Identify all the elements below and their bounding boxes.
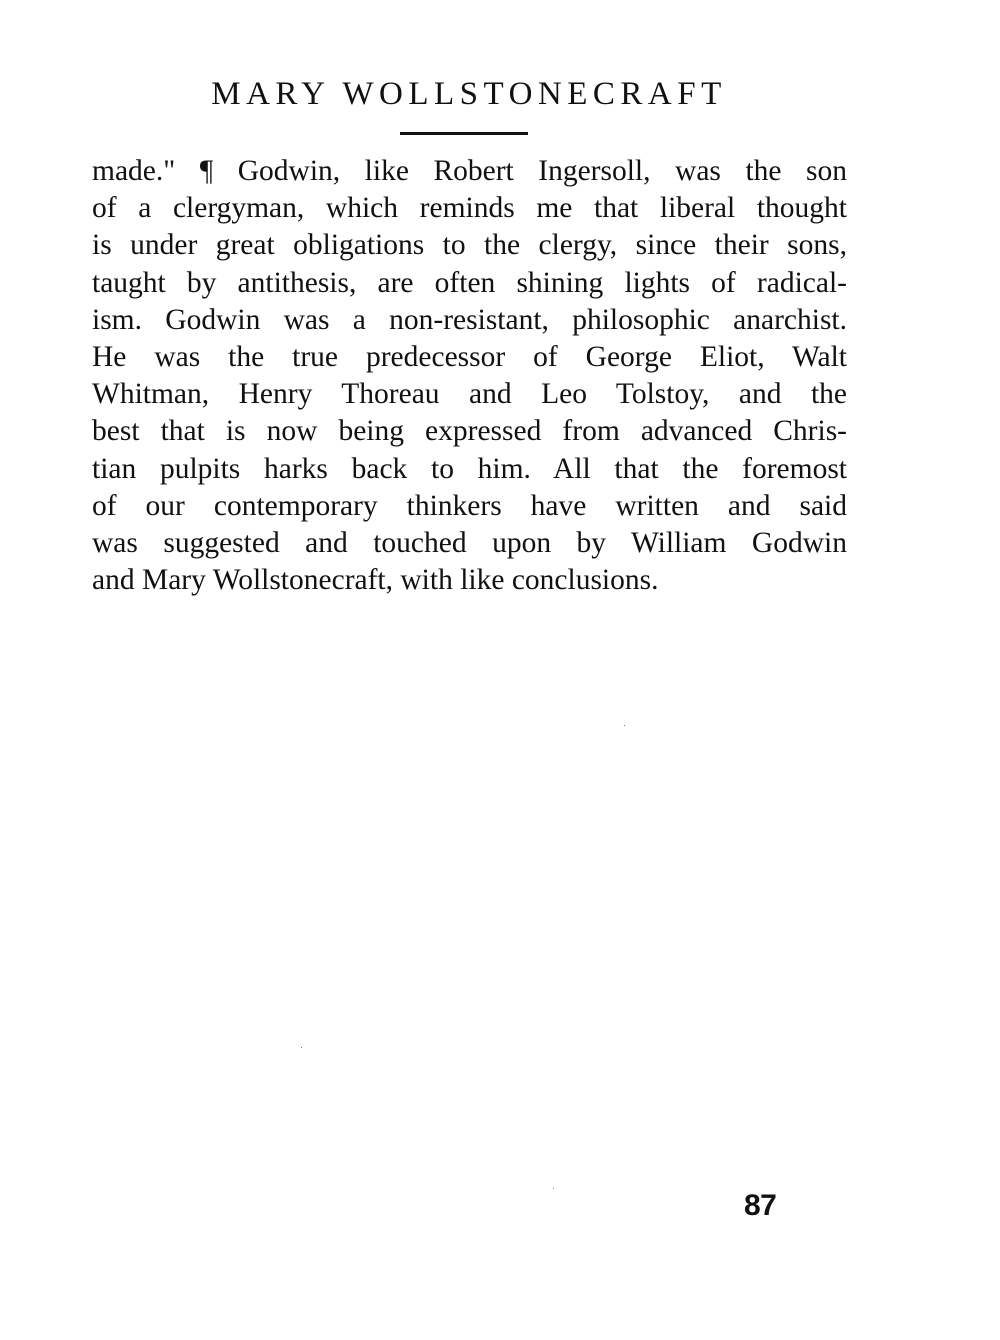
- text-line: ism. Godwin was a non-resistant, philoso…: [92, 302, 847, 339]
- text-line: Whitman, Henry Thoreau and Leo Tolstoy, …: [92, 376, 847, 413]
- running-head: MARY WOLLSTONECRAFT: [92, 74, 846, 114]
- text-line: taught by antithesis, are often shining …: [92, 265, 847, 302]
- scan-speck: [301, 1047, 302, 1048]
- text-line: tian pulpits harks back to him. All that…: [92, 451, 847, 488]
- text-line: best that is now being expressed from ad…: [92, 413, 847, 450]
- text-line: is under great obligations to the clergy…: [92, 227, 847, 264]
- text-line: He was the true predecessor of George El…: [92, 339, 847, 376]
- scan-speck: [624, 725, 625, 726]
- title-rule: [400, 132, 528, 135]
- body-paragraph: made." ¶ Godwin, like Robert Ingersoll, …: [92, 153, 847, 599]
- text-line: of our contemporary thinkers have writte…: [92, 488, 847, 525]
- text-line: was suggested and touched upon by Willia…: [92, 525, 847, 562]
- scan-speck: [553, 1188, 554, 1189]
- page-number: 87: [744, 1188, 776, 1224]
- text-line: and Mary Wollstonecraft, with like concl…: [92, 562, 847, 599]
- book-page: MARY WOLLSTONECRAFT made." ¶ Godwin, lik…: [0, 0, 1000, 1340]
- text-line: of a clergyman, which reminds me that li…: [92, 190, 847, 227]
- text-line: made." ¶ Godwin, like Robert Ingersoll, …: [92, 153, 847, 190]
